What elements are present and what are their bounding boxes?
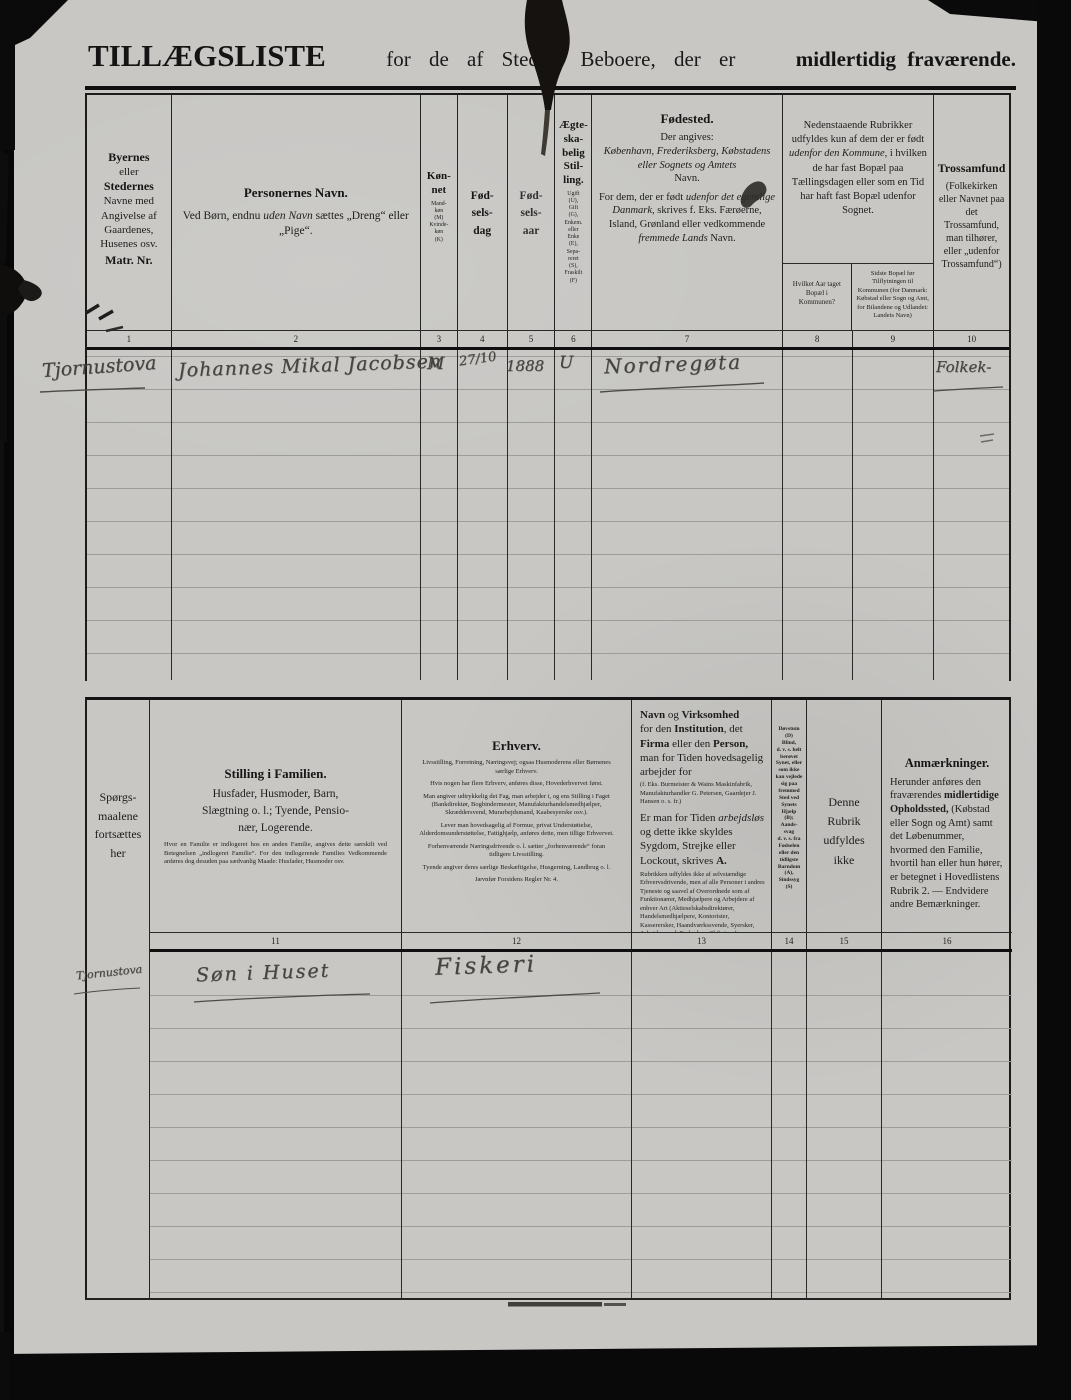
table2-body-col11 (150, 952, 402, 1298)
table1-body-col8 (783, 350, 853, 680)
col13-bold-person: Person, (713, 738, 748, 750)
bottom-left-notch (0, 1332, 10, 1400)
table1-colno-9: 9 (853, 331, 935, 347)
table1-colno-10: 10 (934, 331, 1009, 347)
col6-title: Ægte- ska- belig Stil- ling. (555, 119, 591, 188)
table2-header-row: Stilling i Familien. Husfader, Husmoder,… (150, 700, 1012, 932)
col14-header-disabilities: Døvstum (D) Blind, d. v. s. helt berøvet… (772, 700, 807, 932)
table1-colno-2: 2 (172, 331, 421, 347)
table-continued-questions: Spørgs- maalene fortsættes her Stilling … (85, 697, 1011, 1300)
col6-header-marital: Ægte- ska- belig Stil- ling. Ugift (U), … (555, 95, 592, 330)
table2-body-col15 (807, 952, 882, 1298)
col16-title: Anmærkninger. (882, 756, 1012, 772)
table1-colno-6: 6 (555, 331, 592, 347)
table1-colno-5: 5 (508, 331, 556, 347)
col13-bold-virksomhed: Virksomhed (682, 709, 740, 721)
col12-para-3: Man angiver udtrykkelig det Fag, man arb… (402, 793, 631, 818)
col1-header-place: Byernes eller Stedernes Navne med Angive… (87, 95, 172, 330)
table2-body-rows (150, 952, 1012, 1298)
col7-foreign-1: For dem, der er født (599, 192, 686, 203)
handwriting-marital-status: U (559, 353, 573, 373)
group-note-1: Nedenstaaende Rubrikker udfyldes kun af … (792, 120, 924, 145)
table2-colno-15: 15 (807, 933, 882, 949)
col13-header-employer: Navn og Virksomhed for den Institution, … (632, 700, 772, 932)
questions-continue-label: Spørgs- maalene fortsættes her (87, 788, 149, 862)
col13-r1: og (665, 709, 682, 721)
col12-para-5: Forhenværende Næringsdrivende o. l. sætt… (402, 843, 631, 860)
table1-body-col2 (172, 350, 421, 680)
col13-bold-firma: Firma (640, 738, 669, 750)
table1-body-rows (87, 350, 1009, 680)
left-edge-strip-1 (0, 0, 15, 150)
col13-bold-institution: Institution (674, 723, 724, 735)
col12-para-2: Hvis nogen har flere Erhverv, anføres di… (402, 780, 631, 788)
col5-title: Fød- sels- aar (508, 188, 555, 240)
page-title: TILLÆGSLISTE for de af Stedets Beboere, … (88, 38, 1016, 74)
handwriting-occupation: Fiskeri (435, 951, 538, 981)
col13-italic-arbejdslos: arbejdsløs (718, 812, 764, 824)
col12-para-1: Livsstilling, Forretning, Næringsvej; og… (402, 759, 631, 776)
questions-continue-label-cell: Spørgs- maalene fortsættes her (87, 700, 150, 1298)
col12-title: Erhverv. (402, 738, 631, 754)
right-edge-strip (1037, 0, 1071, 1400)
table1-colno-7: 7 (592, 331, 782, 347)
col9-subtext: Sidste Bopæl før Tilflytningen til Kommu… (856, 270, 929, 321)
table1-body-col4 (458, 350, 508, 680)
col1-line-eller: eller (87, 165, 171, 179)
title-bold-ending: midlertidig fraværende. (796, 47, 1016, 72)
table1-number-row: 1 2 3 4 5 6 7 8 9 10 (87, 330, 1009, 350)
table1-body-col10 (934, 350, 1009, 680)
table2-colno-14: 14 (772, 933, 807, 949)
group-note-italic: udenfor den Kommune, (789, 148, 887, 159)
table1-body-col6 (555, 350, 592, 680)
col7-navn: Navn. (598, 172, 775, 186)
left-edge-strip-3 (0, 312, 7, 442)
col2-title: Personernes Navn. (172, 185, 420, 201)
col2-sub-1: Ved Børn, endnu (183, 210, 264, 222)
col8-9-group-note: Nedenstaaende Rubrikker udfyldes kun af … (783, 95, 934, 264)
handwriting-birthyear: 1888 (506, 357, 544, 375)
handwriting-religion: Folkek- (936, 358, 991, 376)
col8-subtext: Hvilket Aar taget Bopæl i Kommunen? (789, 280, 845, 307)
table2-body-col14 (772, 952, 807, 1298)
col4-header-birthday: Fød- sels- dag (458, 95, 508, 330)
col13-fineprint-1: (f. Eks. Burmeister & Wains Maskinfabrik… (632, 781, 771, 806)
col1-line-byernes: Byernes (87, 150, 171, 165)
col13-bold-navn: Navn (640, 709, 665, 721)
left-edge-strip-2 (0, 150, 9, 266)
col10-title: Trossamfund (934, 161, 1009, 176)
col8-9-group-header: Nedenstaaende Rubrikker udfyldes kun af … (783, 95, 935, 330)
col11-subtext: Husfader, Husmoder, Barn, Slægtning o. l… (150, 786, 401, 836)
table2-colno-12: 12 (402, 933, 632, 949)
col2-header-name: Personernes Navn. Ved Børn, endnu uden N… (172, 95, 421, 330)
col7-foreign-3: Navn. (708, 233, 736, 244)
table2-colno-16: 16 (882, 933, 1012, 949)
col12-para-7: Jævnfør Forsidens Regler Nr. 4. (402, 876, 631, 884)
col3-small: Mand- køn (M) Kvinde- køn (K) (421, 201, 457, 244)
table-absent-persons: Byernes eller Stedernes Navne med Angive… (85, 93, 1011, 681)
table2-colno-11: 11 (150, 933, 402, 949)
table1-body-col9 (853, 350, 935, 680)
table1-colno-1: 1 (87, 331, 172, 347)
left-edge-strip-4 (0, 440, 4, 1354)
col13-fineprint-2: Rubrikken udfyldes ikke af selvstændige … (632, 871, 771, 932)
col10-header-religion: Trossamfund (Folkekirken eller Navnet pa… (934, 95, 1009, 330)
col15-text: Denne Rubrik udfyldes ikke (807, 793, 881, 870)
col3-header-sex: Køn- net Mand- køn (M) Kvinde- køn (K) (421, 95, 458, 330)
handwriting-sex: M (427, 354, 444, 374)
table2-body-col13 (632, 952, 772, 1298)
table1-colno-3: 3 (421, 331, 458, 347)
table1-colno-8: 8 (783, 331, 853, 347)
scanned-census-page: TILLÆGSLISTE for de af Stedets Beboere, … (0, 0, 1071, 1400)
table1-body-col1 (87, 350, 172, 680)
col13-m1: Er man for Tiden (640, 812, 718, 824)
table1-body-col5 (508, 350, 556, 680)
col9-subheader-last-residence: Sidste Bopæl før Tilflytningen til Kommu… (852, 264, 933, 330)
col16-header-remarks: Anmærkninger. Herunder anføres den fravæ… (882, 700, 1012, 932)
table2-colno-13: 13 (632, 933, 772, 949)
table2-body-col16 (882, 952, 1012, 1298)
col1-line-matr-nr: Matr. Nr. (87, 253, 171, 268)
col4-title: Fød- sels- dag (458, 188, 507, 240)
title-middle-text: for de af Stedets Beboere, der er (386, 47, 735, 72)
col16-r2: (Købstad eller Sogn og Amt) samt det Løb… (890, 804, 1002, 910)
table1-colno-4: 4 (458, 331, 508, 347)
col13-r2: for den (640, 723, 674, 735)
title-underline-rule (85, 86, 1016, 90)
col8-subheader-year: Hvilket Aar taget Bopæl i Kommunen? (783, 264, 852, 330)
col13-r4: eller den (669, 738, 713, 750)
col5-header-birthyear: Fød- sels- aar (508, 95, 556, 330)
col12-para-6: Tyende angiver deres særlige Beskæftigel… (402, 864, 631, 872)
col7-title: Fødested. (592, 111, 781, 127)
col11-fineprint: Hvor en Familie er indlogeret hos en and… (150, 841, 401, 866)
col10-subtext: (Folkekirken eller Navnet paa det Trossa… (934, 180, 1009, 271)
table1-header-row: Byernes eller Stedernes Navne med Angive… (87, 95, 1009, 330)
table2-number-row: 11 12 13 14 15 16 (150, 932, 1012, 952)
col11-title: Stilling i Familien. (150, 766, 401, 782)
handwriting-birthplace: Nordregøta (604, 350, 743, 379)
col13-bold-A: A. (716, 855, 727, 867)
col2-sub-italic: uden Navn (263, 210, 313, 222)
col7-foreign-italic-2: fremmede Lands (638, 233, 707, 244)
col7-der-angives: Der angives: (598, 131, 775, 145)
col6-small: Ugift (U), Gift (G), Enkem. eller Enke (… (555, 191, 591, 285)
table2-body-col12 (402, 952, 632, 1298)
handwriting-family-position: Søn i Huset (196, 960, 331, 987)
table1-body-col3 (421, 350, 458, 680)
col15-header-unused: Denne Rubrik udfyldes ikke (807, 700, 882, 932)
col13-r5: man for Tiden hovedsagelig arbejder for (640, 752, 763, 778)
col12-header-occupation: Erhverv. Livsstilling, Forretning, Nærin… (402, 700, 632, 932)
col11-header-family-position: Stilling i Familien. Husfader, Husmoder,… (150, 700, 402, 932)
col3-title: Køn- net (421, 170, 457, 198)
col7-place-examples: København, Frederiksberg, Købstadens ell… (598, 145, 775, 172)
col14-fineprint: Døvstum (D) Blind, d. v. s. helt berøvet… (772, 726, 806, 891)
col13-r3: , det (724, 723, 743, 735)
title-word-tillaegsliste: TILLÆGSLISTE (88, 38, 326, 74)
col12-para-4: Lever man hovedsagelig af Formue, privat… (402, 822, 631, 839)
col1-lines-navne: Navne med Angivelse af Gaardenes, Husene… (87, 194, 171, 251)
col1-line-stedernes: Stedernes (87, 179, 171, 194)
col7-header-birthplace: Fødested. Der angives: København, Freder… (592, 95, 782, 330)
table1-body-col7 (592, 350, 782, 680)
